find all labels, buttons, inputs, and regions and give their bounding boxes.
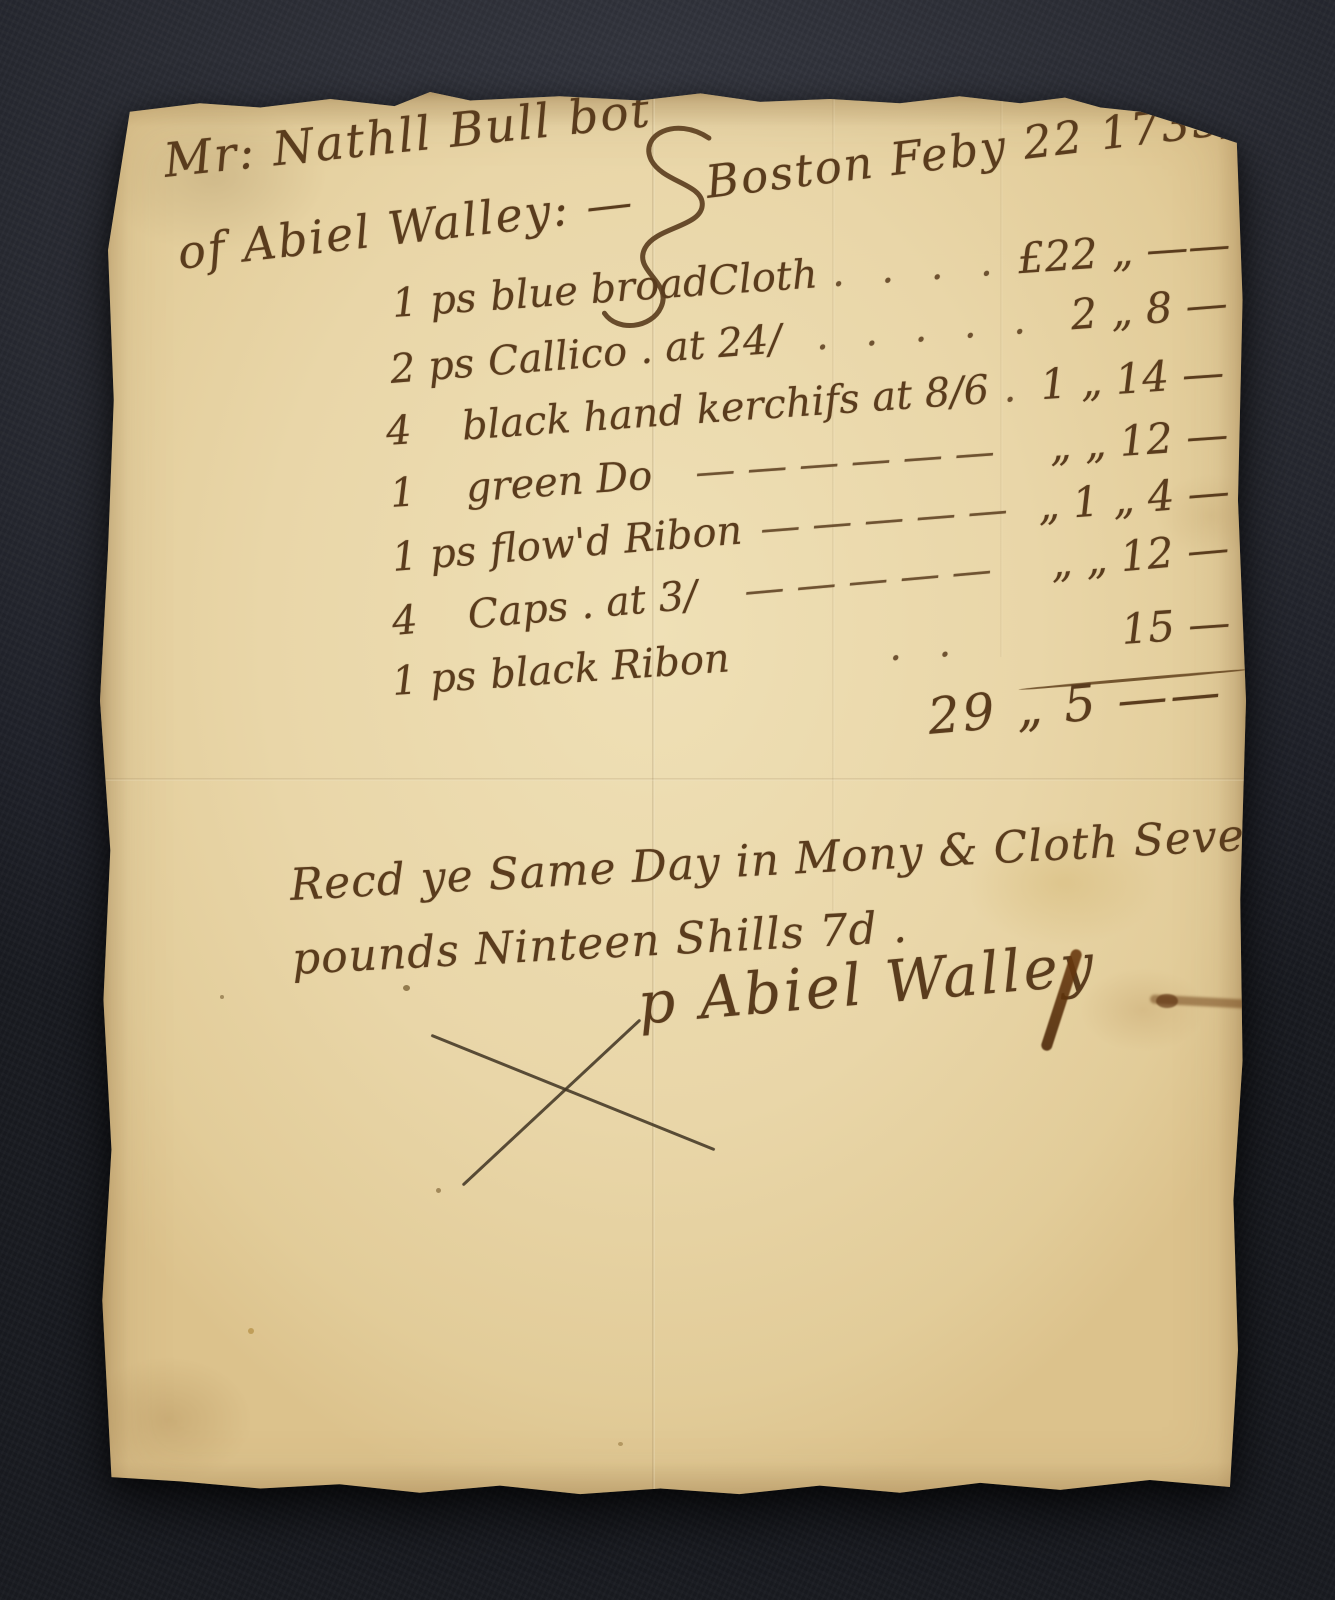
item-price: „ „ 12 — — [1048, 409, 1230, 470]
item-price: 1 „ 14 — — [1039, 347, 1226, 409]
x-mark — [462, 1019, 642, 1187]
paper-speck — [436, 1188, 441, 1193]
total-amount: 29 „ 5 —— — [925, 662, 1225, 746]
paper-speck — [220, 995, 224, 999]
item-price: „ „ 12 — — [1048, 523, 1231, 587]
paper-speck — [403, 985, 410, 991]
item-quantity: 4 — [385, 405, 450, 455]
item-quantity: 1 — [389, 467, 454, 517]
x-mark — [431, 1034, 716, 1151]
place-date-text: Boston Feby 22 1733/4 — [703, 87, 1273, 209]
horizontal-fold-crease — [100, 778, 1246, 781]
item-leader-marks: ————— — [709, 543, 1038, 617]
total-amount-text: 29 „ 5 —— — [925, 662, 1225, 746]
item-description: flow'd Ribon — [488, 508, 744, 574]
item-quantity: 4 — [390, 594, 456, 645]
item-price: £22 „ —— — [1016, 219, 1232, 283]
receipt-text-1: Recd ye Same Day in Mony & Cloth Sevente… — [289, 803, 1335, 911]
item-price: 2 „ 8 — — [1069, 278, 1230, 339]
item-description: black Ribon — [489, 635, 732, 698]
item-leader-marks: . . . . — [830, 238, 1006, 296]
item-quantity: 1 ps — [390, 528, 478, 580]
receipt-paper: Mr: Nathll Bull bot of Abiel Walley: — B… — [100, 92, 1246, 1504]
item-leader-marks: . . — [742, 609, 1109, 680]
item-description: Caps . at 3/ — [466, 572, 699, 638]
item-quantity: 1 ps — [391, 653, 478, 705]
item-price: „ 1 „ 4 — — [1036, 466, 1232, 530]
paper-shadow-wrap: Mr: Nathll Bull bot of Abiel Walley: — B… — [0, 0, 1335, 1600]
ink-smear-dot — [1156, 994, 1178, 1008]
item-leader-marks: . — [1001, 364, 1028, 412]
paper-speck — [618, 1442, 623, 1446]
item-description: Callico . at 24/ — [486, 316, 783, 385]
item-leader-marks: ————— — [754, 485, 1025, 552]
paper-speck — [248, 1328, 254, 1334]
photo-background: Mr: Nathll Bull bot of Abiel Walley: — B… — [0, 0, 1335, 1600]
item-price: 15 — — [1120, 597, 1232, 653]
place-date-line: Boston Feby 22 1733/4 — [703, 87, 1273, 209]
receipt-acknowledgement-line-1: Recd ye Same Day in Mony & Cloth Sevente… — [289, 803, 1335, 911]
item-description: green Do — [464, 453, 653, 512]
item-quantity: 1 ps — [391, 275, 478, 327]
item-quantity: 2 ps — [388, 340, 476, 392]
